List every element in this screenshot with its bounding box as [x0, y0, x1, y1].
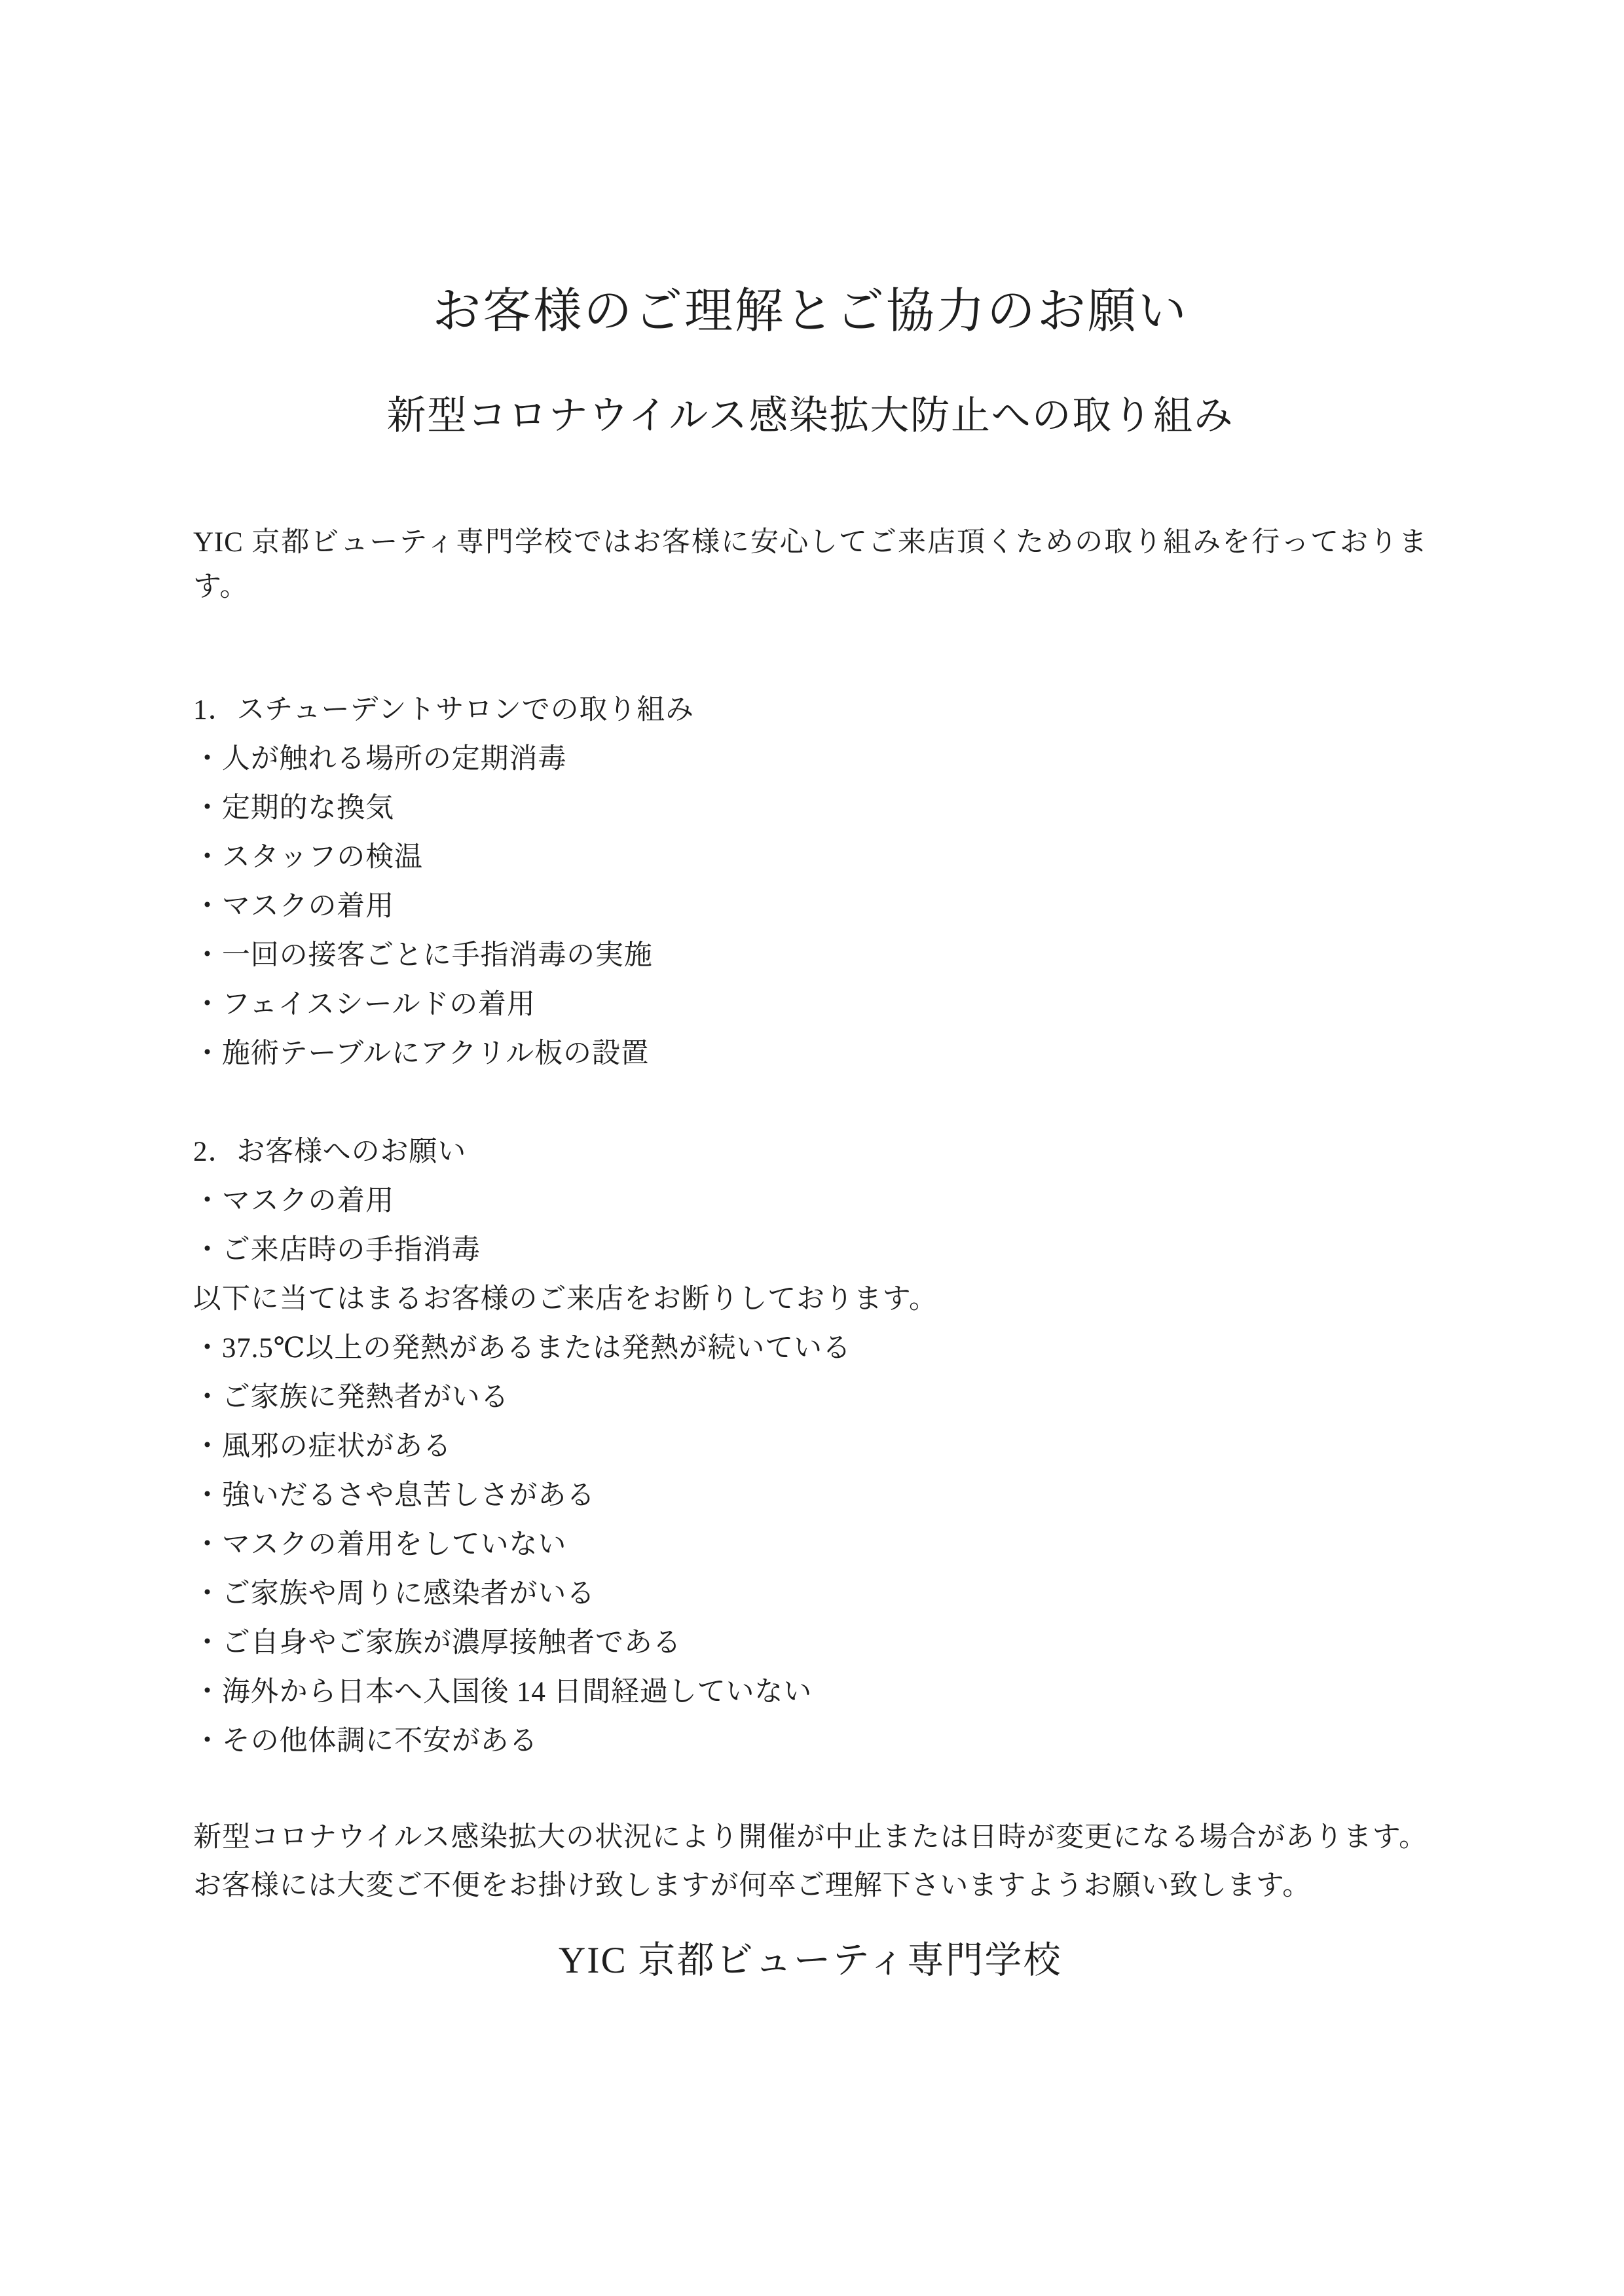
measure-item: ・一回の接客ごとに手指消毒の実施 [193, 931, 1428, 980]
request-item: ・マスクの着用 [193, 1176, 1428, 1226]
section2-request-list: ・マスクの着用 ・ご来店時の手指消毒 [193, 1176, 1428, 1275]
request-item: ・ご来店時の手指消毒 [193, 1226, 1428, 1275]
refusal-item: ・ご自身やご家族が濃厚接触者である [193, 1618, 1428, 1667]
section1-heading: 1．スチューデントサロンでの取り組み [193, 685, 1428, 735]
measure-item: ・マスクの着用 [193, 882, 1428, 931]
document-title: お客様のご理解とご協力のお願い [193, 287, 1428, 338]
refusal-item: ・マスクの着用をしていない [193, 1520, 1428, 1569]
measure-item: ・フェイスシールドの着用 [193, 980, 1428, 1029]
refusal-item: ・ご家族に発熱者がいる [193, 1373, 1428, 1422]
refusal-item: ・その他体調に不安がある [193, 1717, 1428, 1766]
measure-item: ・定期的な換気 [193, 784, 1428, 833]
intro-paragraph: YIC 京都ビューティ専門学校ではお客様に安心してご来店頂くための取り組みを行っ… [193, 520, 1428, 610]
scanned-document-page: お客様のご理解とご協力のお願い 新型コロナウイルス感染拡大防止への取り組み YI… [0, 0, 1624, 2296]
refusal-condition-list: ・37.5℃以上の発熱があるまたは発熱が続いている ・ご家族に発熱者がいる ・風… [193, 1324, 1428, 1766]
refusal-item: ・海外から日本へ入国後 14 日間経過していない [193, 1667, 1428, 1717]
measure-item: ・施術テーブルにアクリル板の設置 [193, 1029, 1428, 1078]
document-subtitle: 新型コロナウイルス感染拡大防止への取り組み [193, 395, 1428, 437]
measure-item: ・人が触れる場所の定期消毒 [193, 735, 1428, 784]
school-name-footer: YIC 京都ビューティ専門学校 [193, 1941, 1428, 1982]
measure-item: ・スタッフの検温 [193, 833, 1428, 882]
refusal-intro-line: 以下に当てはまるお客様のご来店をお断りしております。 [193, 1275, 1428, 1324]
refusal-item: ・37.5℃以上の発熱があるまたは発熱が続いている [193, 1324, 1428, 1373]
closing-paragraph: 新型コロナウイルス感染拡大の状況により開催が中止または日時が変更になる場合があり… [193, 1813, 1428, 1910]
section1-measure-list: ・人が触れる場所の定期消毒 ・定期的な換気 ・スタッフの検温 ・マスクの着用 ・… [193, 735, 1428, 1078]
refusal-item: ・ご家族や周りに感染者がいる [193, 1569, 1428, 1618]
section2-heading: 2．お客様へのお願い [193, 1127, 1428, 1176]
refusal-item: ・強いだるさや息苦しさがある [193, 1471, 1428, 1520]
refusal-item: ・風邪の症状がある [193, 1422, 1428, 1471]
